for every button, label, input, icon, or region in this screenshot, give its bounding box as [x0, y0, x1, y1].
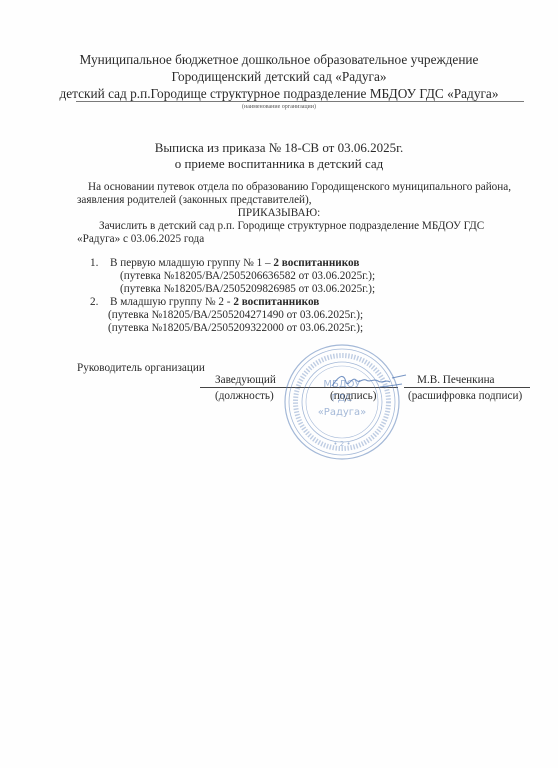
name-caption: (расшифровка подписи) [408, 390, 522, 402]
group-label: В первую младшую группу № 1 – [110, 257, 273, 269]
group-number: 1. [90, 257, 98, 269]
group-label: В младшую группу № 2 - [110, 296, 233, 308]
group-item-1: 1. В первую младшую группу № 1 – 2 воспи… [90, 257, 359, 269]
voucher-2-2: (путевка №18205/ВА/2505209322000 от 03.0… [108, 322, 363, 334]
head-label: Руководитель организации [77, 362, 205, 374]
basis-line1: На основании путевок отдела по образован… [88, 181, 511, 193]
document-title: Выписка из приказа № 18-СВ от 03.06.2025… [0, 140, 558, 156]
position-value: Заведующий [215, 374, 276, 386]
org-name-line3: детский сад р.п.Городище структурное под… [0, 86, 558, 102]
name-line [404, 387, 530, 388]
stamp-text-2: ГДС [283, 393, 401, 404]
voucher-2-1: (путевка №18205/ВА/2505204271490 от 03.0… [108, 309, 363, 321]
org-name-line1: Муниципальное бюджетное дошкольное образ… [0, 52, 558, 68]
org-name-underline [76, 101, 524, 102]
official-stamp: • 2 • МБДОУ ГДС «Радуга» [283, 343, 401, 461]
svg-text:• 2 •: • 2 • [333, 440, 350, 448]
basis-line2: заявления родителей (законных представит… [77, 194, 312, 206]
document-subtitle: о приеме воспитанника в детский сад [0, 156, 558, 172]
position-caption: (должность) [215, 390, 274, 402]
enroll-line2: «Радуга» с 03.06.2025 года [77, 233, 204, 245]
group-number: 2. [90, 296, 98, 308]
order-word: ПРИКАЗЫВАЮ: [0, 207, 558, 219]
org-name-caption: (наименование организации) [0, 104, 558, 110]
org-name-line2: Городищенский детский сад «Радуга» [0, 69, 558, 85]
stamp-text-3: «Радуга» [283, 407, 401, 418]
voucher-1-2: (путевка №18205/ВА/2505209826985 от 03.0… [120, 283, 375, 295]
group-count: 2 воспитанников [273, 257, 359, 269]
voucher-1-1: (путевка №18205/ВА/2505206636582 от 03.0… [120, 270, 375, 282]
group-count: 2 воспитанников [233, 296, 319, 308]
group-item-2: 2. В младшую группу № 2 - 2 воспитаннико… [90, 296, 319, 308]
enroll-line1: Зачислить в детский сад р.п. Городище ст… [99, 220, 484, 232]
name-value: М.В. Печенкина [417, 374, 495, 386]
handwritten-signature-icon [330, 370, 410, 392]
